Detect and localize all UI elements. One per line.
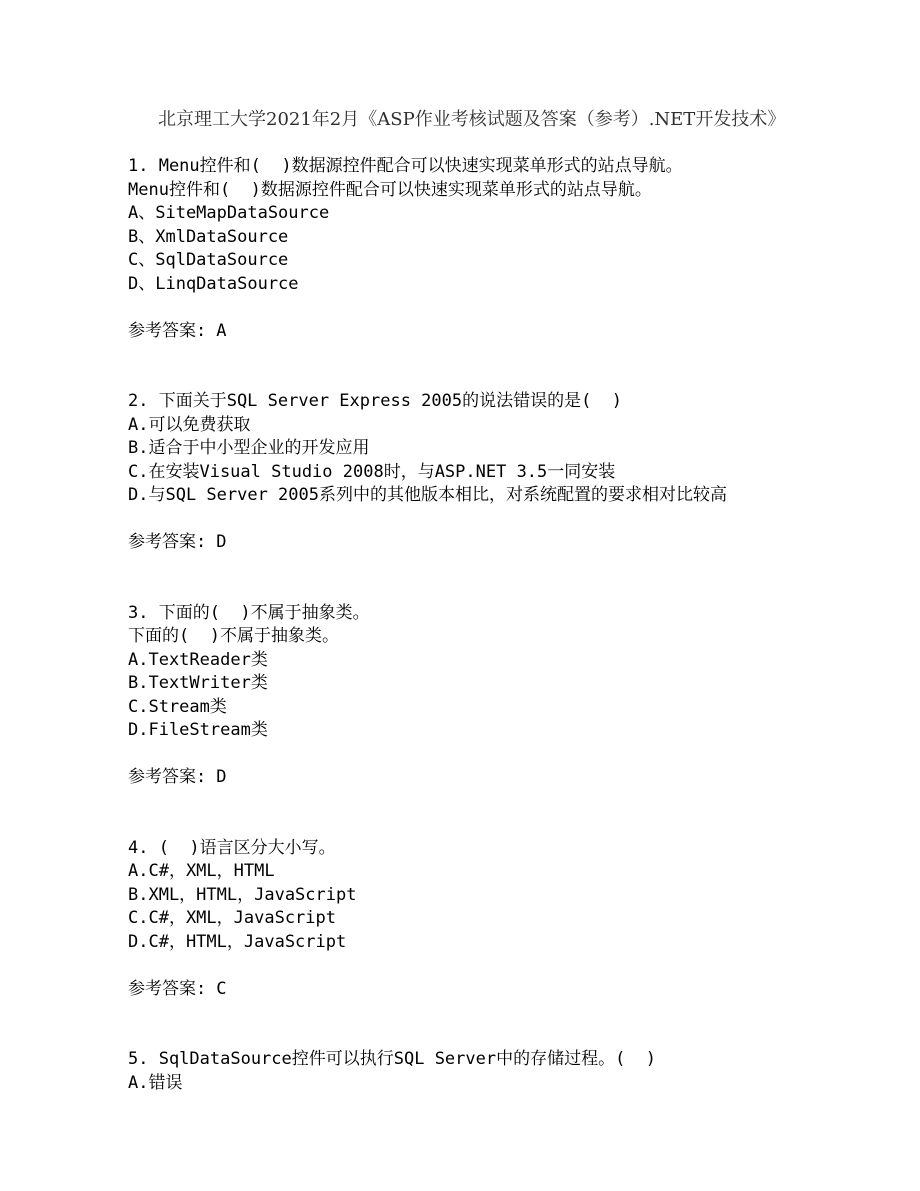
question-stem: 2. 下面关于SQL Server Express 2005的说法错误的是( ): [128, 390, 870, 414]
answer-value: D: [206, 767, 226, 787]
option-a: A.TextReader类: [128, 649, 870, 673]
option-b: B、XmlDataSource: [128, 226, 870, 250]
option-b: B.适合于中小型企业的开发应用: [128, 437, 870, 461]
document-title: 北京理工大学2021年2月《ASP作业考核试题及答案（参考）.NET开发技术》: [158, 108, 870, 132]
option-a: A.C#，XML，HTML: [128, 860, 870, 884]
document-page: 北京理工大学2021年2月《ASP作业考核试题及答案（参考）.NET开发技术》 …: [0, 0, 920, 1191]
option-d: D.C#，HTML，JavaScript: [128, 931, 870, 955]
question-stem-repeat: Menu控件和( )数据源控件配合可以快速实现菜单形式的站点导航。: [128, 179, 870, 203]
option-c: C.C#，XML，JavaScript: [128, 907, 870, 931]
option-a: A.可以免费获取: [128, 414, 870, 438]
answer-value: A: [206, 321, 226, 341]
answer-label: 参考答案:: [128, 321, 206, 341]
answer-label: 参考答案:: [128, 979, 206, 999]
option-d: D.与SQL Server 2005系列中的其他版本相比，对系统配置的要求相对比…: [128, 484, 870, 508]
option-a: A.错误: [128, 1072, 870, 1096]
reference-answer: 参考答案:A: [128, 320, 870, 344]
question-block-4: 4. ( )语言区分大小写。 A.C#，XML，HTML B.XML，HTML，…: [128, 837, 870, 1002]
answer-label: 参考答案:: [128, 767, 206, 787]
option-d: D、LinqDataSource: [128, 273, 870, 297]
reference-answer: 参考答案:C: [128, 978, 870, 1002]
question-block-1: 1. Menu控件和( )数据源控件配合可以快速实现菜单形式的站点导航。 Men…: [128, 155, 870, 343]
question-block-3: 3. 下面的( )不属于抽象类。 下面的( )不属于抽象类。 A.TextRea…: [128, 602, 870, 790]
option-c: C.在安装Visual Studio 2008时，与ASP.NET 3.5一同安…: [128, 461, 870, 485]
option-c: C.Stream类: [128, 696, 870, 720]
question-stem: 5. SqlDataSource控件可以执行SQL Server中的存储过程。(…: [128, 1048, 870, 1072]
question-stem: 4. ( )语言区分大小写。: [128, 837, 870, 861]
option-a: A、SiteMapDataSource: [128, 202, 870, 226]
option-d: D.FileStream类: [128, 719, 870, 743]
question-block-2: 2. 下面关于SQL Server Express 2005的说法错误的是( )…: [128, 390, 870, 555]
option-c: C、SqlDataSource: [128, 249, 870, 273]
question-stem-repeat: 下面的( )不属于抽象类。: [128, 625, 870, 649]
option-b: B.TextWriter类: [128, 672, 870, 696]
reference-answer: 参考答案:D: [128, 531, 870, 555]
question-stem: 3. 下面的( )不属于抽象类。: [128, 602, 870, 626]
question-block-5: 5. SqlDataSource控件可以执行SQL Server中的存储过程。(…: [128, 1048, 870, 1095]
answer-value: C: [206, 979, 226, 999]
reference-answer: 参考答案:D: [128, 766, 870, 790]
answer-label: 参考答案:: [128, 532, 206, 552]
answer-value: D: [206, 532, 226, 552]
option-b: B.XML，HTML，JavaScript: [128, 884, 870, 908]
question-stem: 1. Menu控件和( )数据源控件配合可以快速实现菜单形式的站点导航。: [128, 155, 870, 179]
